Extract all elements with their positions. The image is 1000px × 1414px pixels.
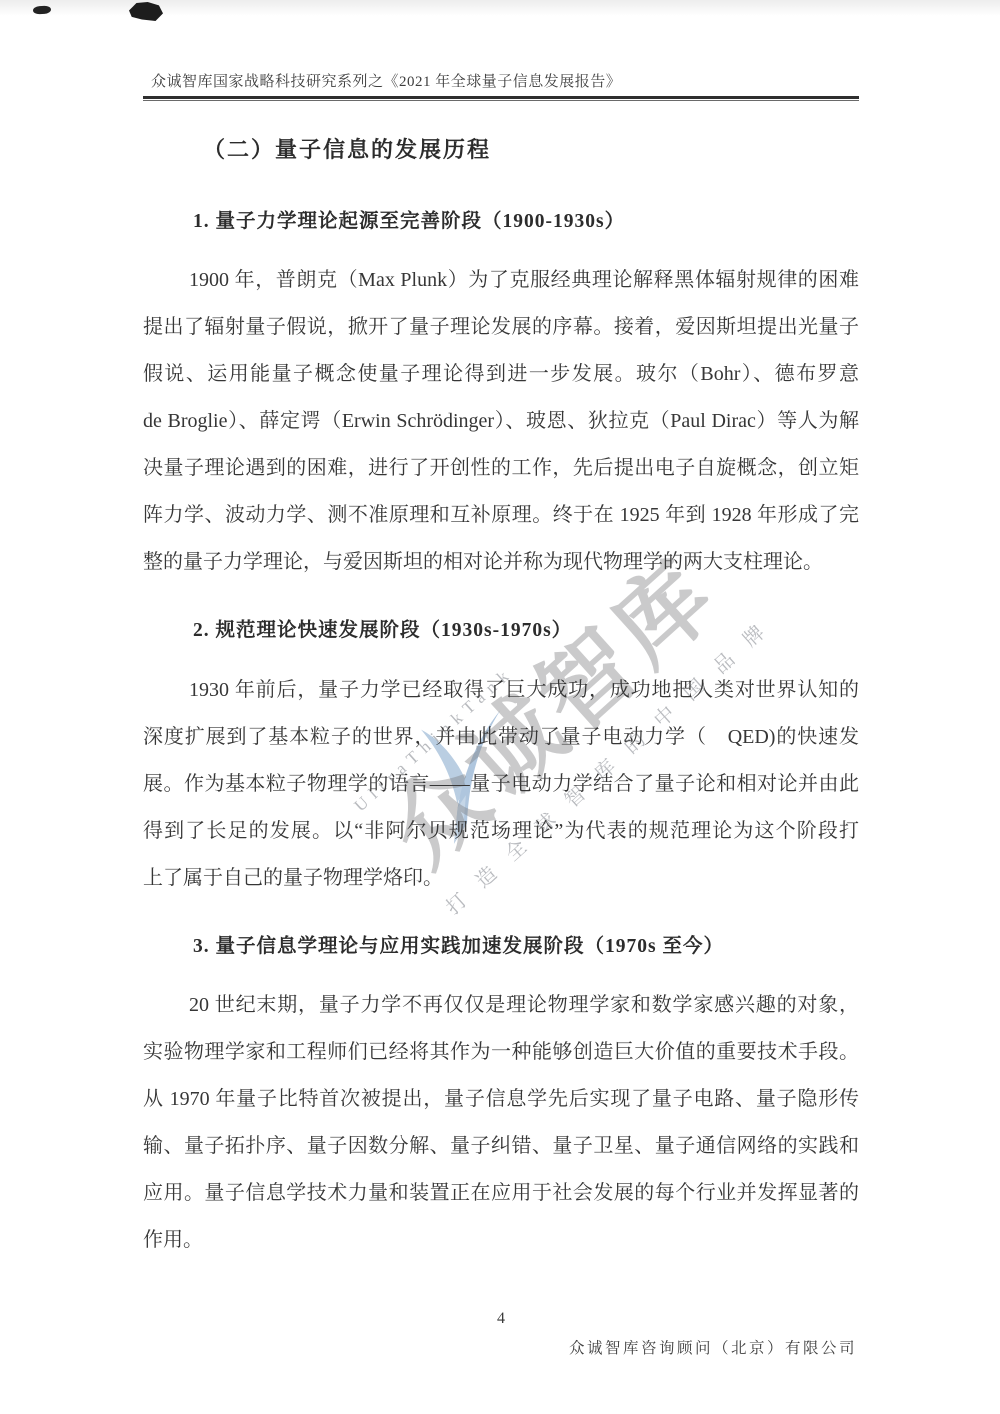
- sections: 1. 量子力学理论起源至完善阶段（1900-1930s）1900 年，普朗克（M…: [143, 210, 859, 1264]
- paragraph: 1930 年前后，量子力学已经取得了巨大成功，成功地把人类对世界认知的深度扩展到…: [143, 667, 859, 902]
- text-line: 上了属于自己的量子物理学烙印。: [143, 855, 859, 902]
- text-line: 提出了辐射量子假说，掀开了量子理论发展的序幕。接着，爱因斯坦提出光量子: [143, 304, 859, 351]
- text-line: 整的量子力学理论，与爱因斯坦的相对论并称为现代物理学的两大支柱理论。: [143, 539, 859, 586]
- running-header: 众诚智库国家战略科技研究系列之《2021 年全球量子信息发展报告》: [143, 70, 859, 91]
- text-line: 1930 年前后，量子力学已经取得了巨大成功，成功地把人类对世界认知的: [143, 667, 859, 714]
- section-heading: 3. 量子信息学理论与应用实践加速发展阶段（1970s 至今）: [143, 935, 859, 958]
- document-page: UltraThinkTank 众诚智库 打造全球智库的中国品牌 众诚智库国家战略…: [0, 0, 1000, 1414]
- page-number: 4: [143, 1310, 859, 1328]
- text-line: 输、量子拓扑序、量子因数分解、量子纠错、量子卫星、量子通信网络的实践和: [143, 1123, 859, 1170]
- footer-company: 众诚智库咨询顾问（北京）有限公司: [143, 1336, 859, 1358]
- text-line: 应用。量子信息学技术力量和装置正在应用于社会发展的每个行业并发挥显著的: [143, 1170, 859, 1217]
- section-heading: 2. 规范理论快速发展阶段（1930s-1970s）: [143, 619, 859, 642]
- page-title: （二）量子信息的发展历程: [143, 133, 859, 164]
- page-content: 众诚智库国家战略科技研究系列之《2021 年全球量子信息发展报告》 （二）量子信…: [143, 0, 859, 1358]
- header-rule: [143, 96, 859, 101]
- paragraph: 1900 年，普朗克（Max Plunk）为了克服经典理论解释黑体辐射规律的困难…: [143, 257, 859, 586]
- section-heading: 1. 量子力学理论起源至完善阶段（1900-1930s）: [143, 210, 859, 233]
- text-line: 阵力学、波动力学、测不准原理和互补原理。终于在 1925 年到 1928 年形成…: [143, 492, 859, 539]
- text-line: 20 世纪末期，量子力学不再仅仅是理论物理学家和数学家感兴趣的对象，: [143, 982, 859, 1029]
- paragraph: 20 世纪末期，量子力学不再仅仅是理论物理学家和数学家感兴趣的对象，实验物理学家…: [143, 982, 859, 1264]
- scan-artifact-dash: [33, 5, 52, 14]
- text-line: 假说、运用能量子概念使量子理论得到进一步发展。玻尔（Bohr）、德布罗意（Duc: [143, 351, 859, 398]
- text-line: 深度扩展到了基本粒子的世界，并由此带动了量子电动力学（ QED)的快速发: [143, 714, 859, 761]
- text-line: 得到了长足的发展。以“非阿尔贝规范场理论”为代表的规范理论为这个阶段打: [143, 808, 859, 855]
- text-line: 从 1970 年量子比特首次被提出，量子信息学先后实现了量子电路、量子隐形传: [143, 1076, 859, 1123]
- text-line: 决量子理论遇到的困难，进行了开创性的工作，先后提出电子自旋概念，创立矩: [143, 445, 859, 492]
- text-line: 作用。: [143, 1217, 859, 1264]
- text-line: 1900 年，普朗克（Max Plunk）为了克服经典理论解释黑体辐射规律的困难: [143, 257, 859, 304]
- text-line: de Broglie）、薛定谔（Erwin Schrödinger）、玻恩、狄拉…: [143, 398, 859, 445]
- text-line: 展。作为基本粒子物理学的语言——量子电动力学结合了量子论和相对论并由此: [143, 761, 859, 808]
- text-line: 实验物理学家和工程师们已经将其作为一种能够创造巨大价值的重要技术手段。: [143, 1029, 859, 1076]
